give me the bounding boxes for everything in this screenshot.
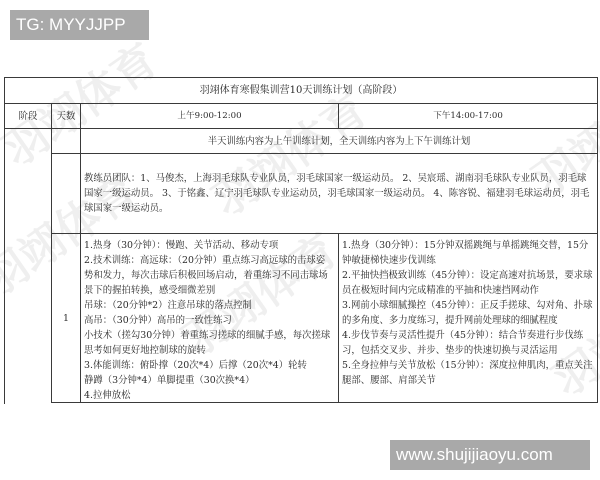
morning-item: 小技术（搓勾30分钟）着重练习搓球的细腻手感，每次搓球思考如何更好地控制球的旋转 <box>84 328 334 358</box>
table-title: 羽翊体育寒假集训营10天训练计划（高阶段） <box>5 78 597 103</box>
header-days: 天数 <box>52 104 80 128</box>
morning-item: 3.体能训练：俯卧撑（20次*4）后撑（20次*4）轮转 <box>84 358 334 373</box>
header-morning: 上午9:00-12:00 <box>81 104 338 128</box>
schedule-note: 半天训练内容为上午训练计划，全天训练内容为上下午训练计划 <box>81 129 597 153</box>
morning-item: 4.拉伸放松 <box>84 388 334 403</box>
afternoon-item: 3.网前小球细腻操控（45分钟）：正反手搓球、勾对角、扑球的多角度、多力度练习，… <box>342 298 593 328</box>
afternoon-item: 1.热身（30分钟）：15分钟双摇跳绳与单摇跳绳交替，15分钟敏捷梯快速步伐训练 <box>342 238 593 268</box>
header-stage: 阶段 <box>5 104 51 128</box>
afternoon-plan-cell: 1.热身（30分钟）：15分钟双摇跳绳与单摇跳绳交替，15分钟敏捷梯快速步伐训练… <box>339 234 597 402</box>
afternoon-item: 4.步伐节奏与灵活性提升（45分钟）：结合节奏进行步伐练习，包括交叉步、并步、垫… <box>342 328 593 358</box>
day-number: 1 <box>52 234 80 402</box>
morning-item: 1.热身（30分钟）：慢跑、关节活动、移动专项 <box>84 238 334 253</box>
overlay-tag-top: TG: MYYJJPP <box>10 10 149 40</box>
table-border-right <box>597 77 598 403</box>
morning-item: 吊球：（20分钟*2）注意吊球的落点控制 <box>84 298 334 313</box>
afternoon-item: 5.全身拉伸与关节放松（15分钟）：深度拉伸肌肉，重点关注腿部、腰部、肩部关节 <box>342 358 593 388</box>
morning-item: 静蹲（3分钟*4）单脚提重（30次换*4） <box>84 373 334 388</box>
header-afternoon: 下午14:00-17:00 <box>339 104 597 128</box>
coach-team-cell: 教练员团队：1、马俊杰，上海羽毛球队专业队员，羽毛球国家一级运动员。 2、吴宸瑶… <box>81 154 597 233</box>
morning-plan-cell: 1.热身（30分钟）：慢跑、关节活动、移动专项 2.技术训练：高远球：（20分钟… <box>81 234 338 402</box>
morning-item: 2.技术训练：高远球：（20分钟）重点练习高远球的击球姿势和发力，每次击球后积极… <box>84 253 334 298</box>
overlay-tag-bottom: www.shujijiaoyu.com <box>390 440 590 470</box>
morning-item: 高吊：（30分钟）高吊的一致性练习 <box>84 313 334 328</box>
coach-team-text: 教练员团队：1、马俊杰，上海羽毛球队专业队员，羽毛球国家一级运动员。 2、吴宸瑶… <box>84 171 591 216</box>
afternoon-item: 2.平抽快挡极致训练（45分钟）：设定高速对抗场景，要求球员在极短时间内完成精准… <box>342 268 593 298</box>
